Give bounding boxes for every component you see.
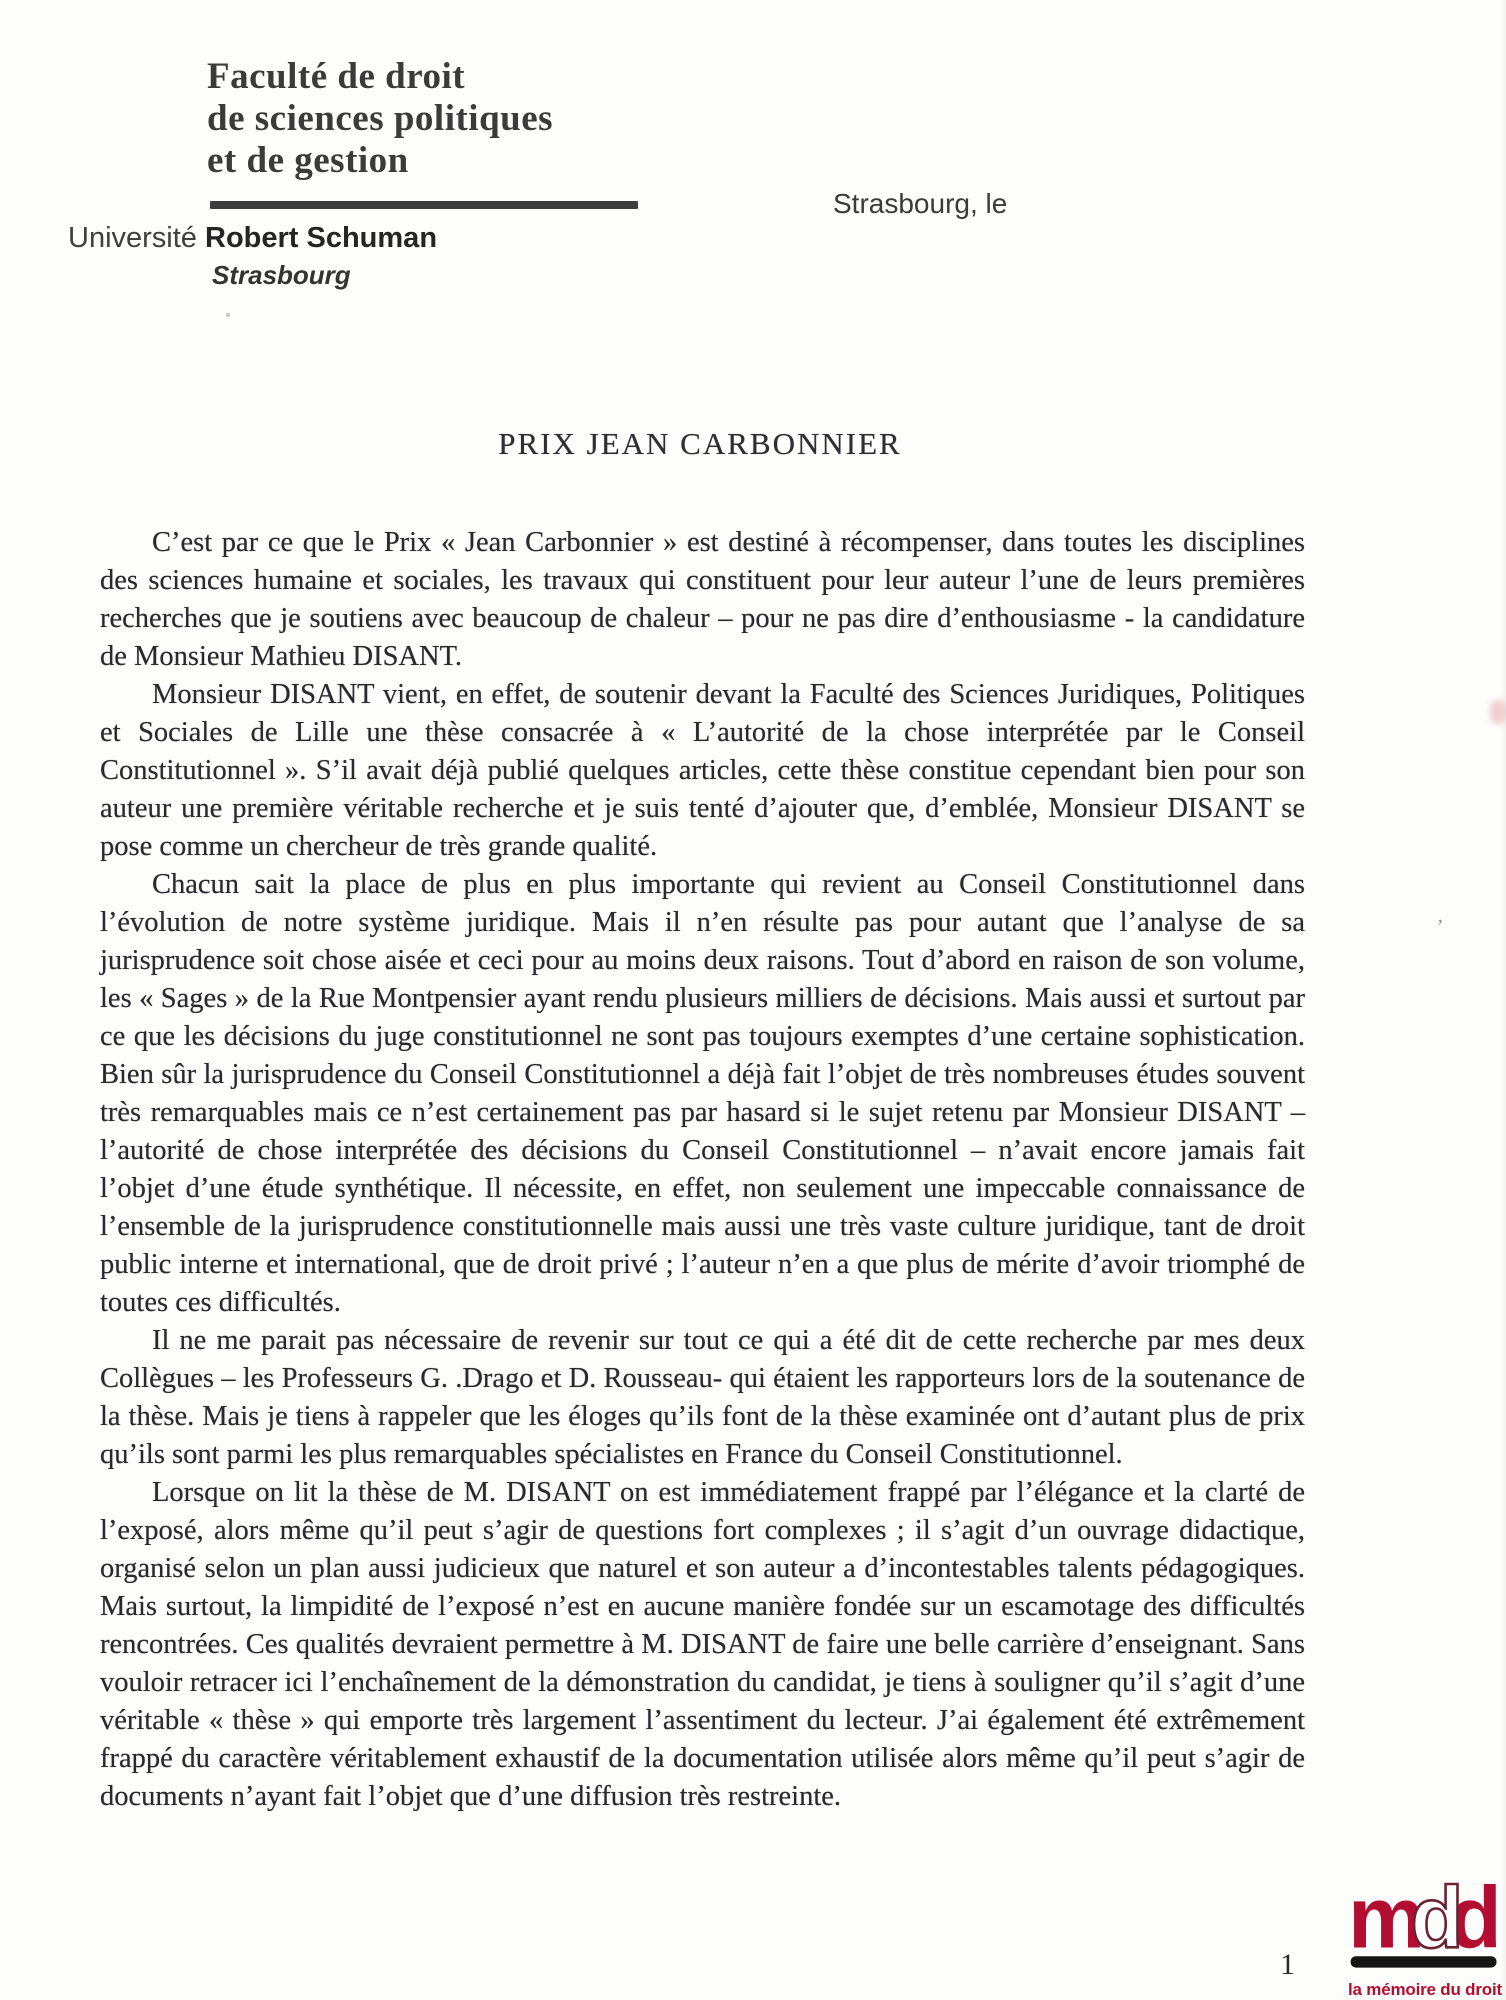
faculty-line-1: Faculté de droit [207, 56, 553, 98]
letterhead-divider [210, 201, 638, 209]
scan-mark: ’ [1434, 916, 1444, 940]
logo-letter-d1: d [1411, 1878, 1464, 1967]
logo-tagline: la mémoire du droit [1348, 1980, 1500, 2000]
letterhead-faculty: Faculté de droit de sciences politiques … [207, 56, 553, 182]
paragraph-4: Il ne me parait pas nécessaire de reveni… [100, 1322, 1305, 1474]
scan-edge-shadow [1500, 0, 1506, 2000]
dateline: Strasbourg, le [833, 188, 1007, 220]
scan-speck [226, 313, 230, 317]
logo-underline-bar [1351, 1956, 1497, 1967]
page-number: 1 [1280, 1948, 1295, 1982]
paragraph-2: Monsieur DISANT vient, en effet, de sout… [100, 676, 1305, 866]
paragraph-5: Lorsque on lit la thèse de M. DISANT on … [100, 1474, 1305, 1816]
university-city: Strasbourg [212, 260, 351, 291]
university-name: Robert Schuman [205, 222, 437, 254]
faculty-line-2: de sciences politiques [207, 98, 553, 140]
university-line: Université Robert Schuman [68, 222, 437, 255]
faculty-line-3: et de gestion [207, 140, 553, 182]
scanned-letter-page: Faculté de droit de sciences politiques … [0, 0, 1506, 2000]
paragraph-3: Chacun sait la place de plus en plus imp… [100, 866, 1305, 1322]
paragraph-1: C’est par ce que le Prix « Jean Carbonni… [100, 524, 1305, 676]
document-title: PRIX JEAN CARBONNIER [100, 426, 1300, 462]
mdd-logo: m d d la mémoire du droit [1348, 1878, 1500, 2000]
mdd-logo-icon: m d d [1348, 1878, 1500, 1978]
letter-body: C’est par ce que le Prix « Jean Carbonni… [100, 524, 1305, 1816]
university-prefix: Université [68, 222, 197, 254]
